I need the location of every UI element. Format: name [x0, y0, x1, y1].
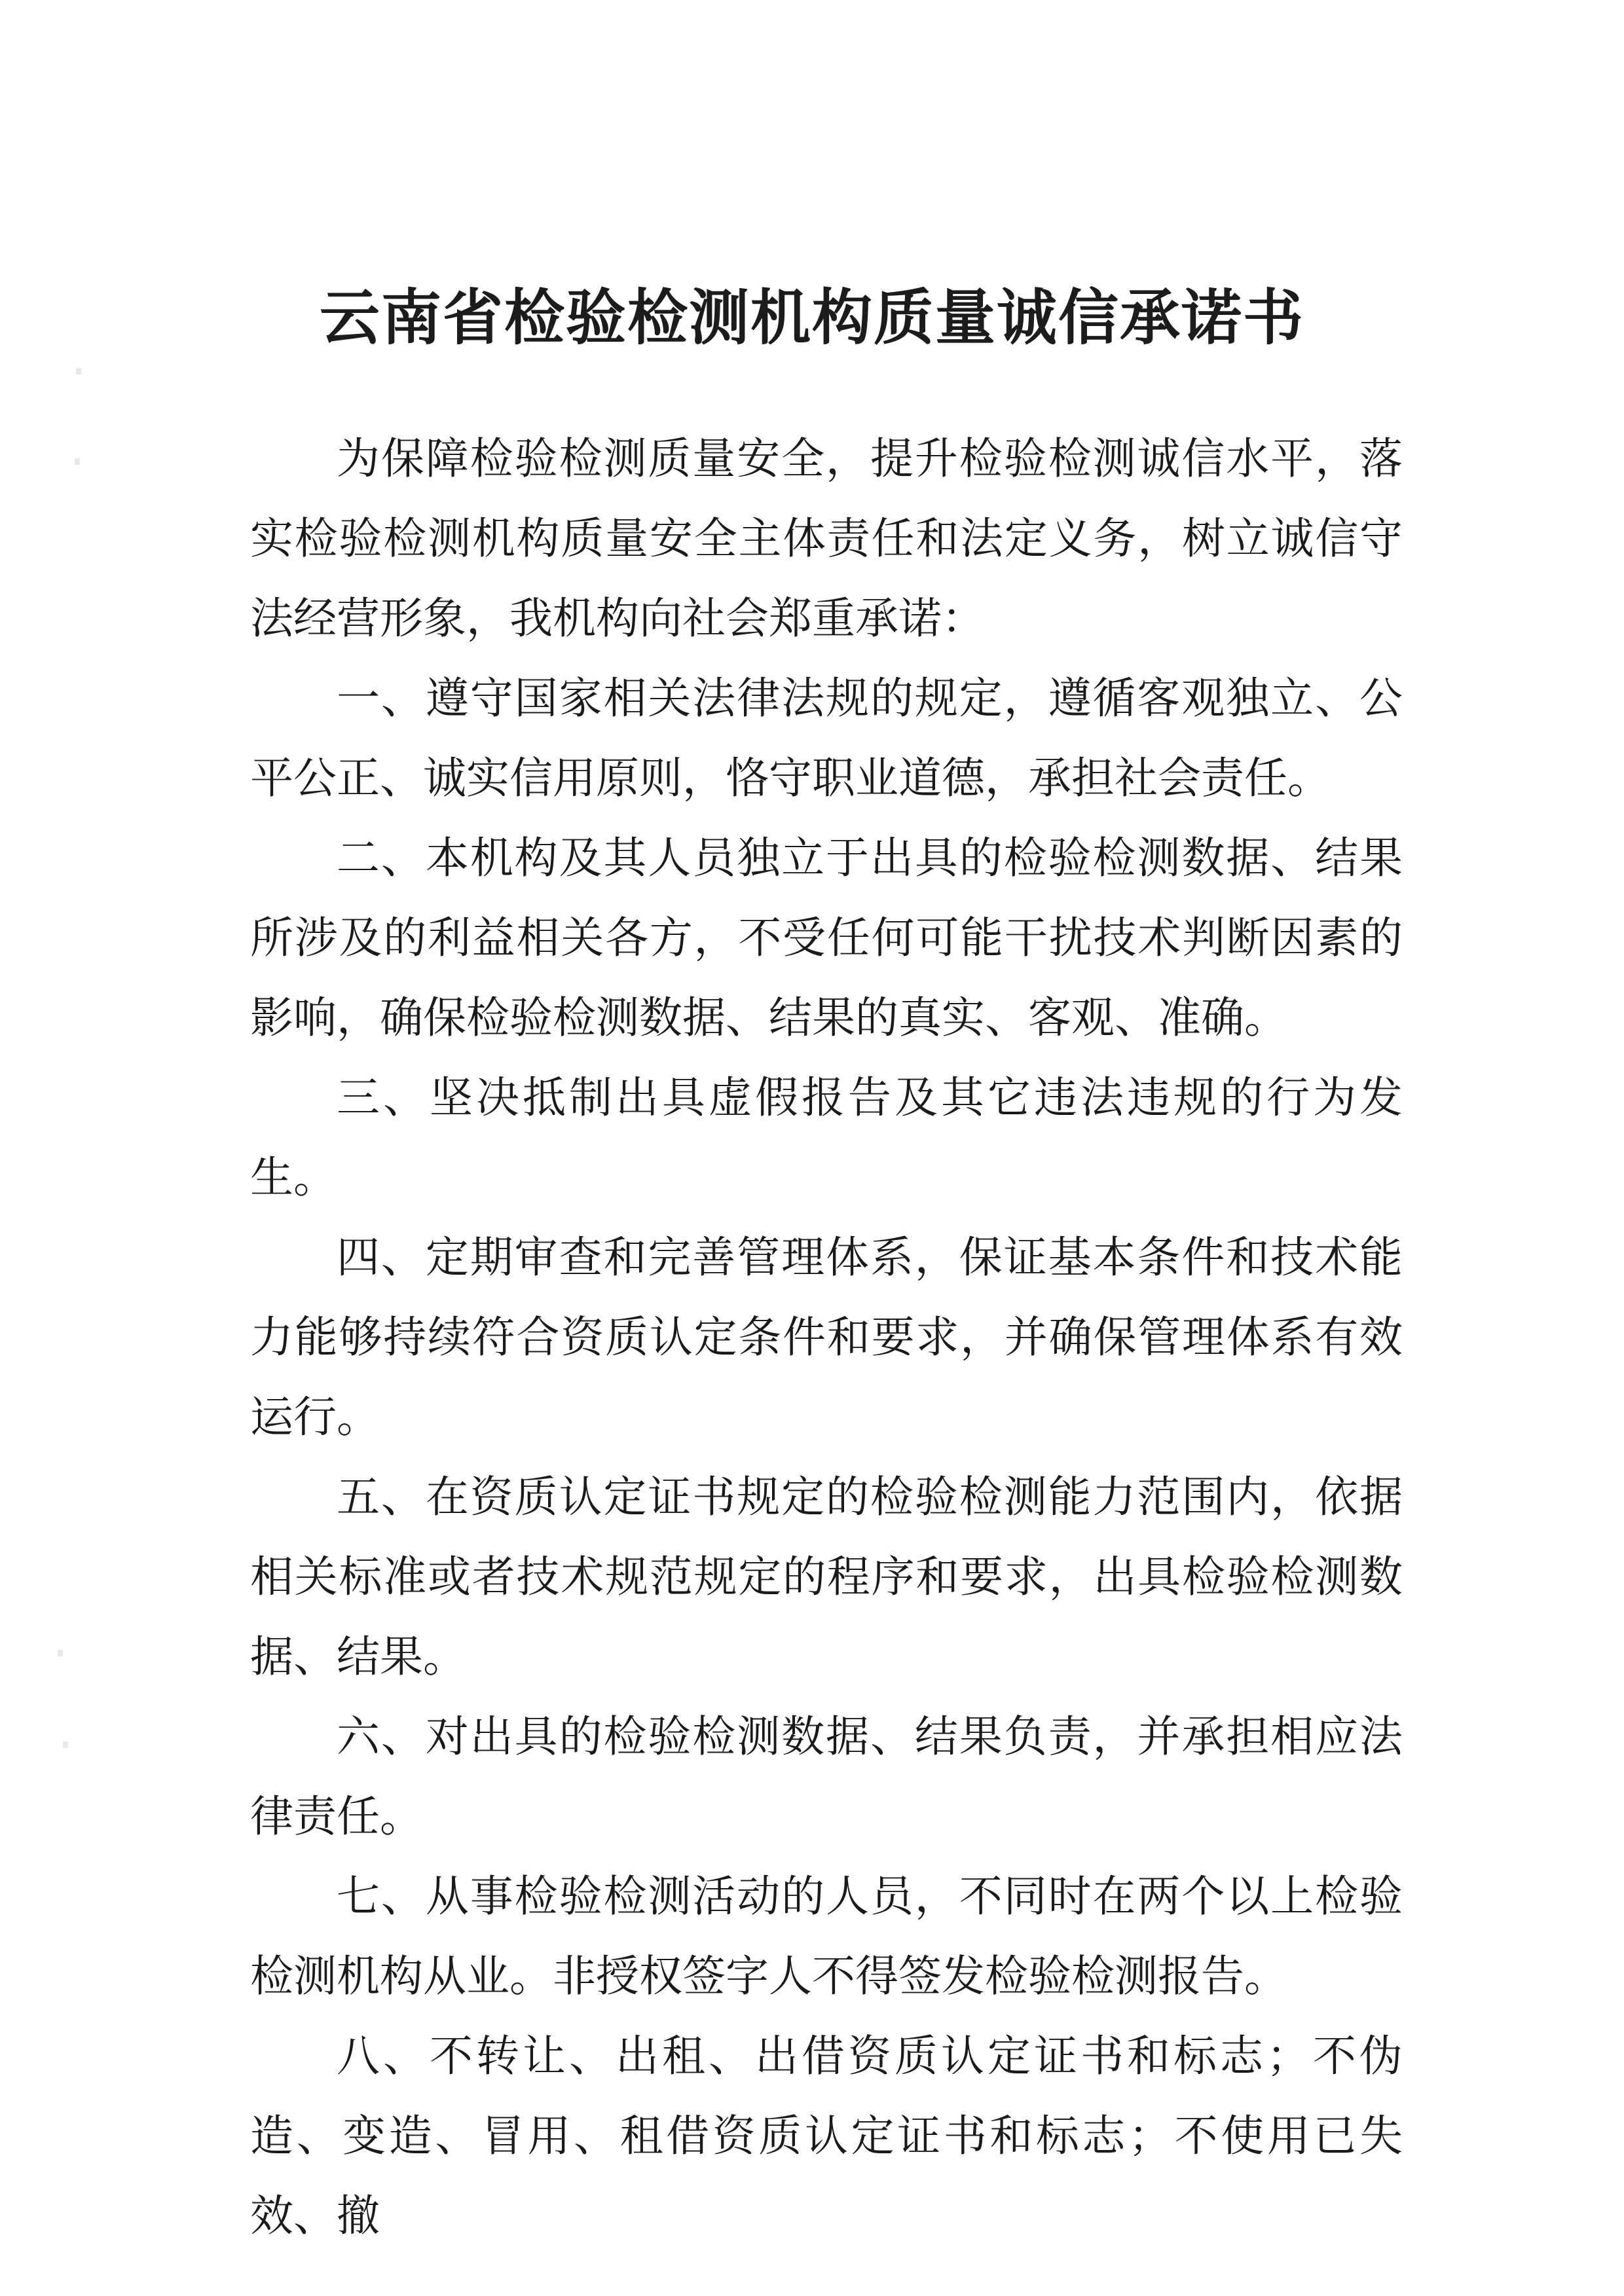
scan-artifact: [75, 458, 80, 465]
commitment-item-6: 六、对出具的检验检测数据、结果负责，并承担相应法律责任。: [250, 1697, 1403, 1857]
document-body: 为保障检验检测质量安全，提升检验检测诚信水平，落实检验检测机构质量安全主体责任和…: [250, 419, 1403, 2256]
commitment-item-3: 三、坚决抵制出具虚假报告及其它违法违规的行为发生。: [250, 1058, 1403, 1218]
commitment-item-7: 七、从事检验检测活动的人员，不同时在两个以上检验检测机构从业。非授权签字人不得签…: [250, 1857, 1403, 2016]
commitment-item-4: 四、定期审查和完善管理体系，保证基本条件和技术能力能够持续符合资质认定条件和要求…: [250, 1218, 1403, 1457]
scan-artifact: [63, 1741, 68, 1748]
commitment-item-5: 五、在资质认定证书规定的检验检测能力范围内，依据相关标准或者技术规范规定的程序和…: [250, 1457, 1403, 1697]
commitment-item-8: 八、不转让、出租、出借资质认定证书和标志；不伪造、变造、冒用、租借资质认定证书和…: [250, 2016, 1403, 2256]
commitment-item-1: 一、遵守国家相关法律法规的规定，遵循客观独立、公平公正、诚实信用原则，恪守职业道…: [250, 659, 1403, 818]
scan-artifact: [58, 1650, 63, 1656]
intro-paragraph: 为保障检验检测质量安全，提升检验检测诚信水平，落实检验检测机构质量安全主体责任和…: [250, 419, 1403, 659]
commitment-item-2: 二、本机构及其人员独立于出具的检验检测数据、结果所涉及的利益相关各方，不受任何可…: [250, 818, 1403, 1058]
scan-artifact: [76, 368, 81, 374]
page-title: 云南省检验检测机构质量诚信承诺书: [0, 288, 1624, 348]
